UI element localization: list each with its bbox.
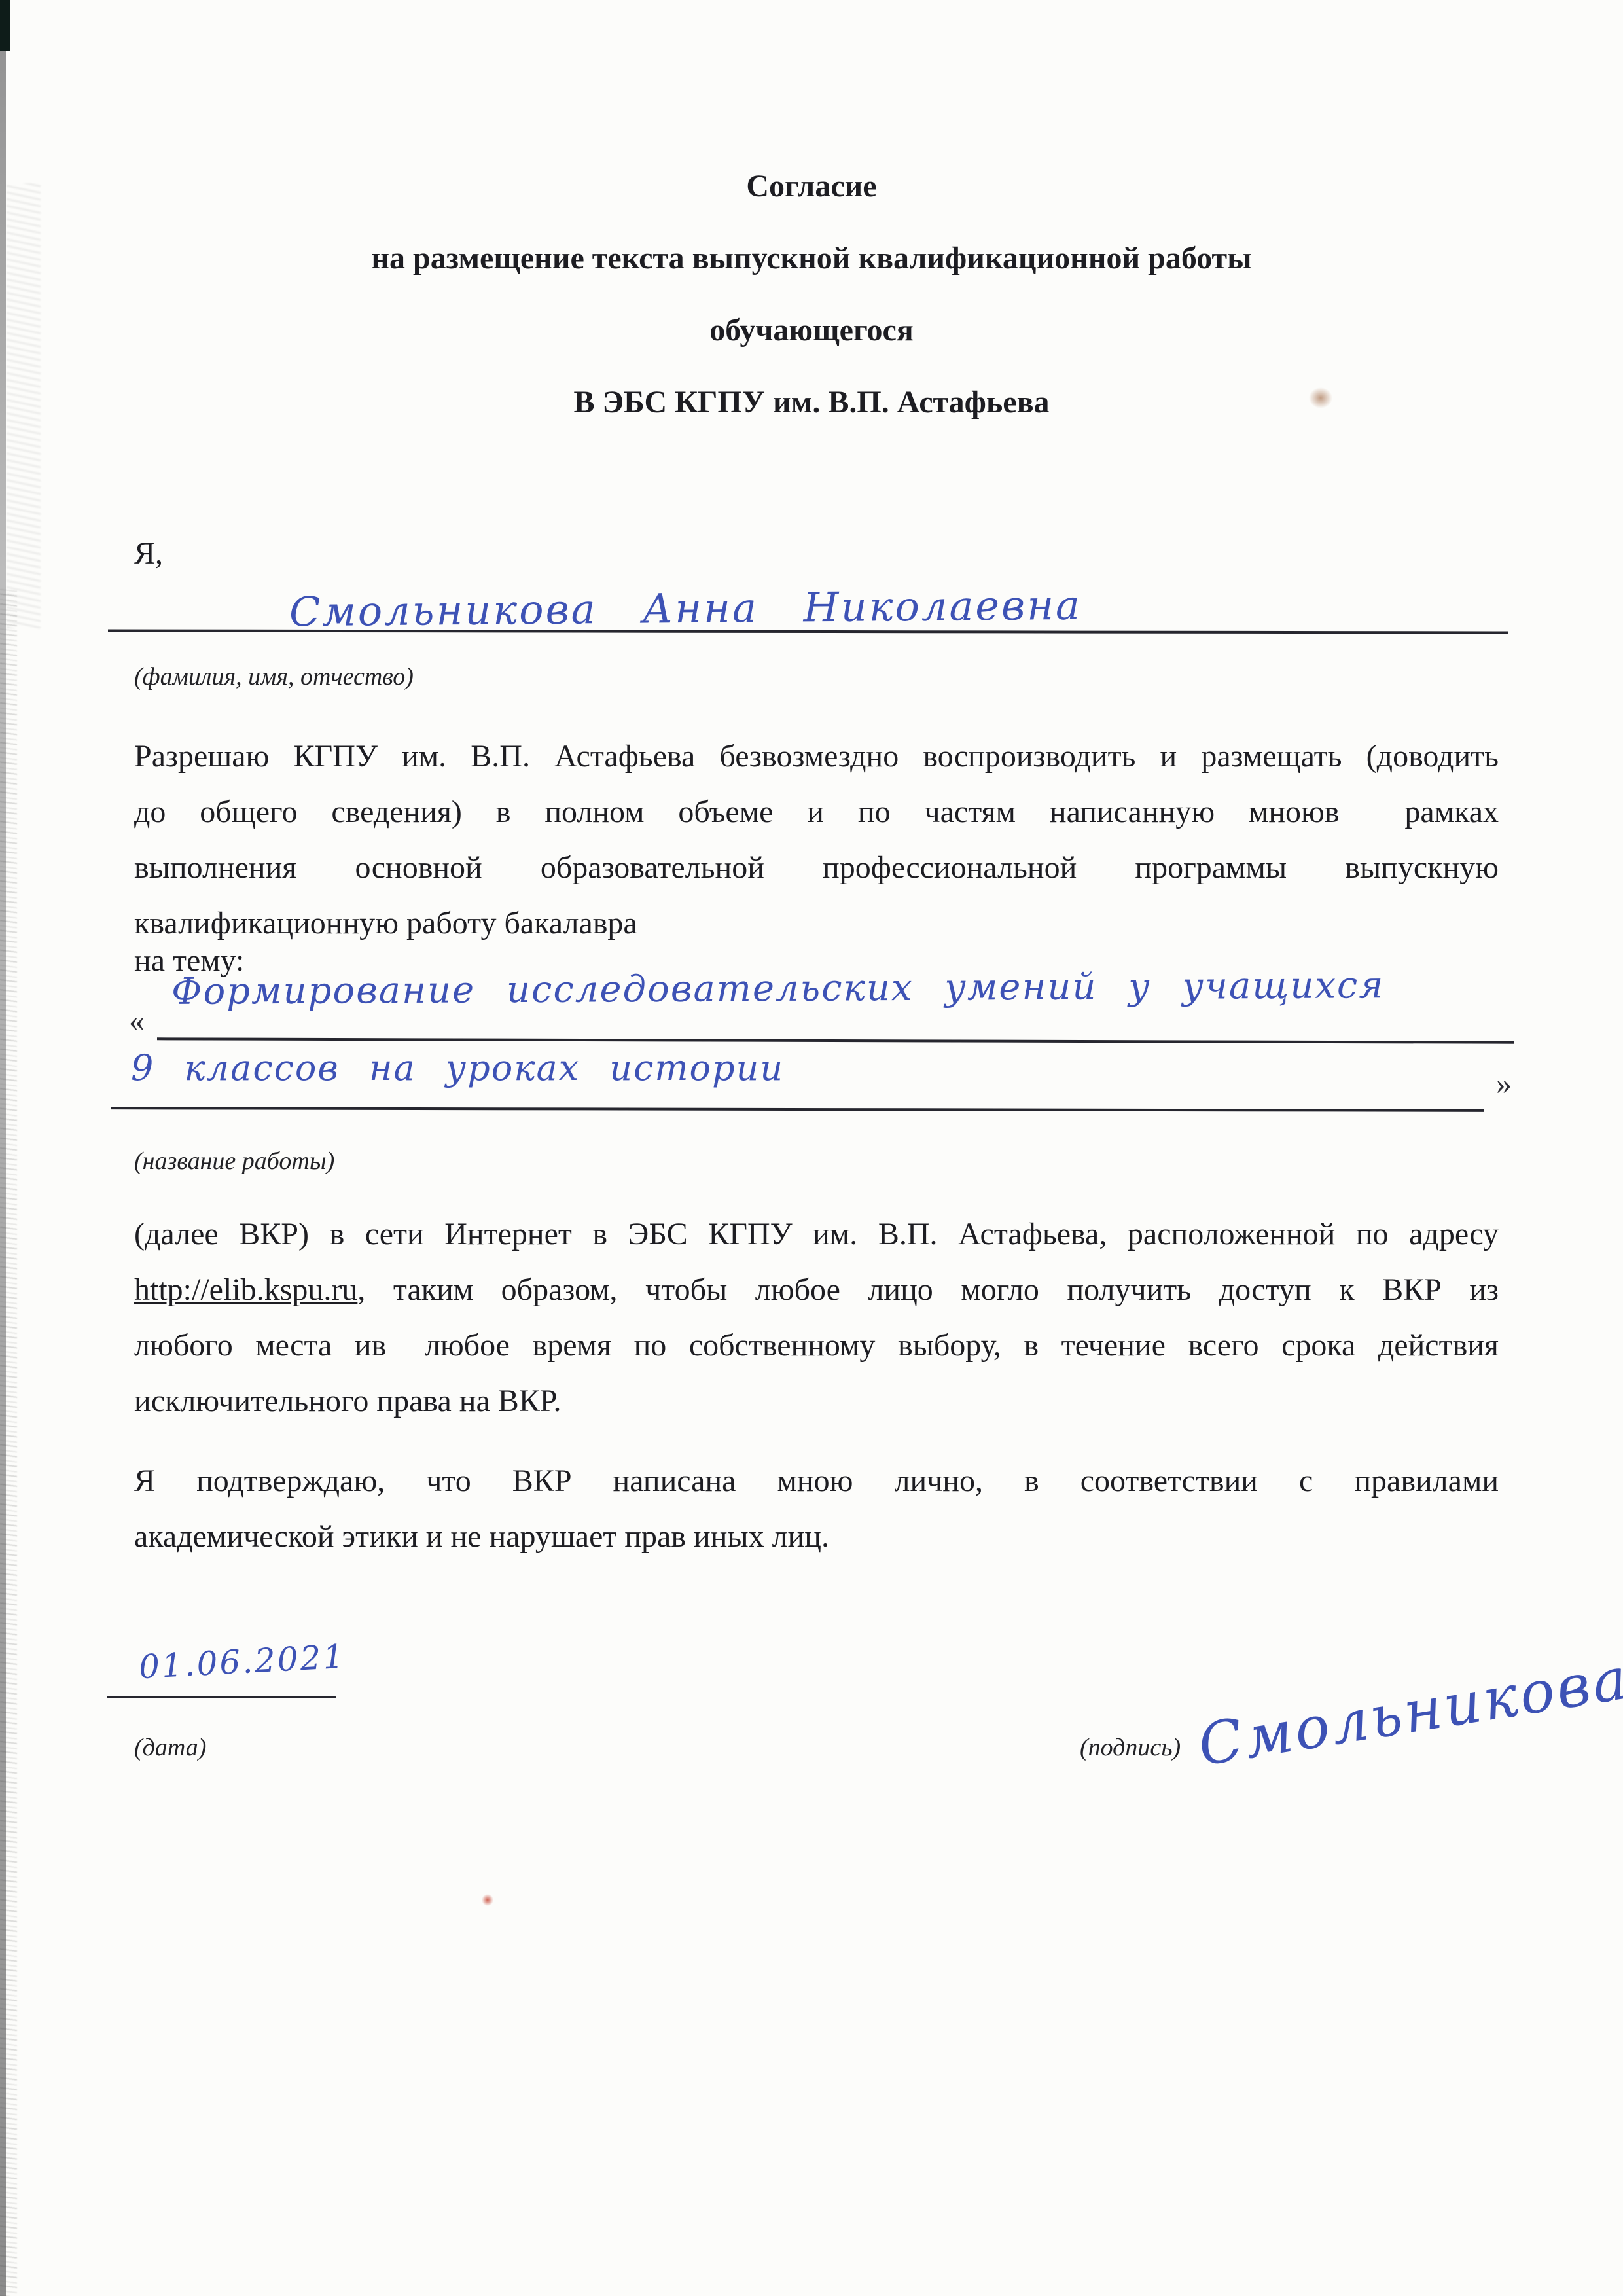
paragraph-line: до общего сведения) в полном объеме и по… [134, 784, 1499, 840]
permission-paragraph: Разрешаю КГПУ им. В.П. Астафьева безвозм… [134, 728, 1499, 951]
date-caption: (дата) [134, 1733, 206, 1762]
elib-url-text: http://elib.kspu.ru [134, 1272, 357, 1307]
theme-underline-1 [157, 1037, 1514, 1043]
paragraph-line: Я подтверждаю, что ВКР написана мною лич… [134, 1453, 1499, 1509]
date-handwritten: 01.06.2021 [138, 1638, 347, 1686]
paragraph-line: выполнения основной образовательной проф… [134, 840, 1499, 895]
title-line-4: В ЭБС КГПУ им. В.П. Астафьева [0, 367, 1623, 439]
paragraph-line: Разрешаю КГПУ им. В.П. Астафьева безвозм… [134, 728, 1499, 784]
date-underline [107, 1696, 336, 1698]
scan-top-left-dark-artifact [0, 0, 10, 51]
name-caption: (фамилия, имя, отчество) [134, 662, 414, 691]
thesis-title-handwritten-line-1: Формирование исследовательских умений у … [171, 964, 1385, 1013]
open-quote-mark: « [129, 1003, 145, 1039]
paragraph-line: квалификационную работу бакалавра [134, 895, 1499, 951]
theme-underline-2 [111, 1107, 1484, 1112]
title-line-3: обучающегося [0, 295, 1623, 367]
confirmation-paragraph: Я подтверждаю, что ВКР написана мною лич… [134, 1453, 1499, 1564]
title-line-2: на размещение текста выпускной квалифика… [0, 223, 1623, 295]
scanned-consent-document: Согласие на размещение текста выпускной … [0, 0, 1623, 2296]
paragraph-line: академической этики и не нарушает прав и… [134, 1509, 1499, 1564]
document-title-block: Согласие на размещение текста выпускной … [0, 151, 1623, 439]
paragraph-line: исключительного права на ВКР. [134, 1373, 1499, 1429]
paragraph-line: http://elib.kspu.ru, таким образом, чтоб… [134, 1262, 1499, 1318]
pronoun-label: Я, [134, 535, 163, 571]
full-name-handwritten: Смольникова Анна Николаевна [289, 581, 1082, 636]
paragraph-line: (далее ВКР) в сети Интернет в ЭБС КГПУ и… [134, 1206, 1499, 1262]
scan-speck-artifact [482, 1894, 493, 1906]
scan-left-speckle-artifact [0, 589, 17, 2296]
access-paragraph: (далее ВКР) в сети Интернет в ЭБС КГПУ и… [134, 1206, 1499, 1429]
paragraph-line-rest: , таким образом, чтобы любое лицо могло … [357, 1272, 1499, 1307]
paragraph-line: любого места ив любое время по собственн… [134, 1318, 1499, 1373]
signature-caption: (подпись) [1080, 1733, 1181, 1762]
title-line-1: Согласие [0, 151, 1623, 223]
close-quote-mark: » [1496, 1066, 1512, 1102]
thesis-title-handwritten-line-2: 9 классов на уроках истории [131, 1047, 784, 1088]
work-title-caption: (название работы) [134, 1147, 334, 1175]
signature-handwritten: Смольникова [1194, 1644, 1623, 1779]
